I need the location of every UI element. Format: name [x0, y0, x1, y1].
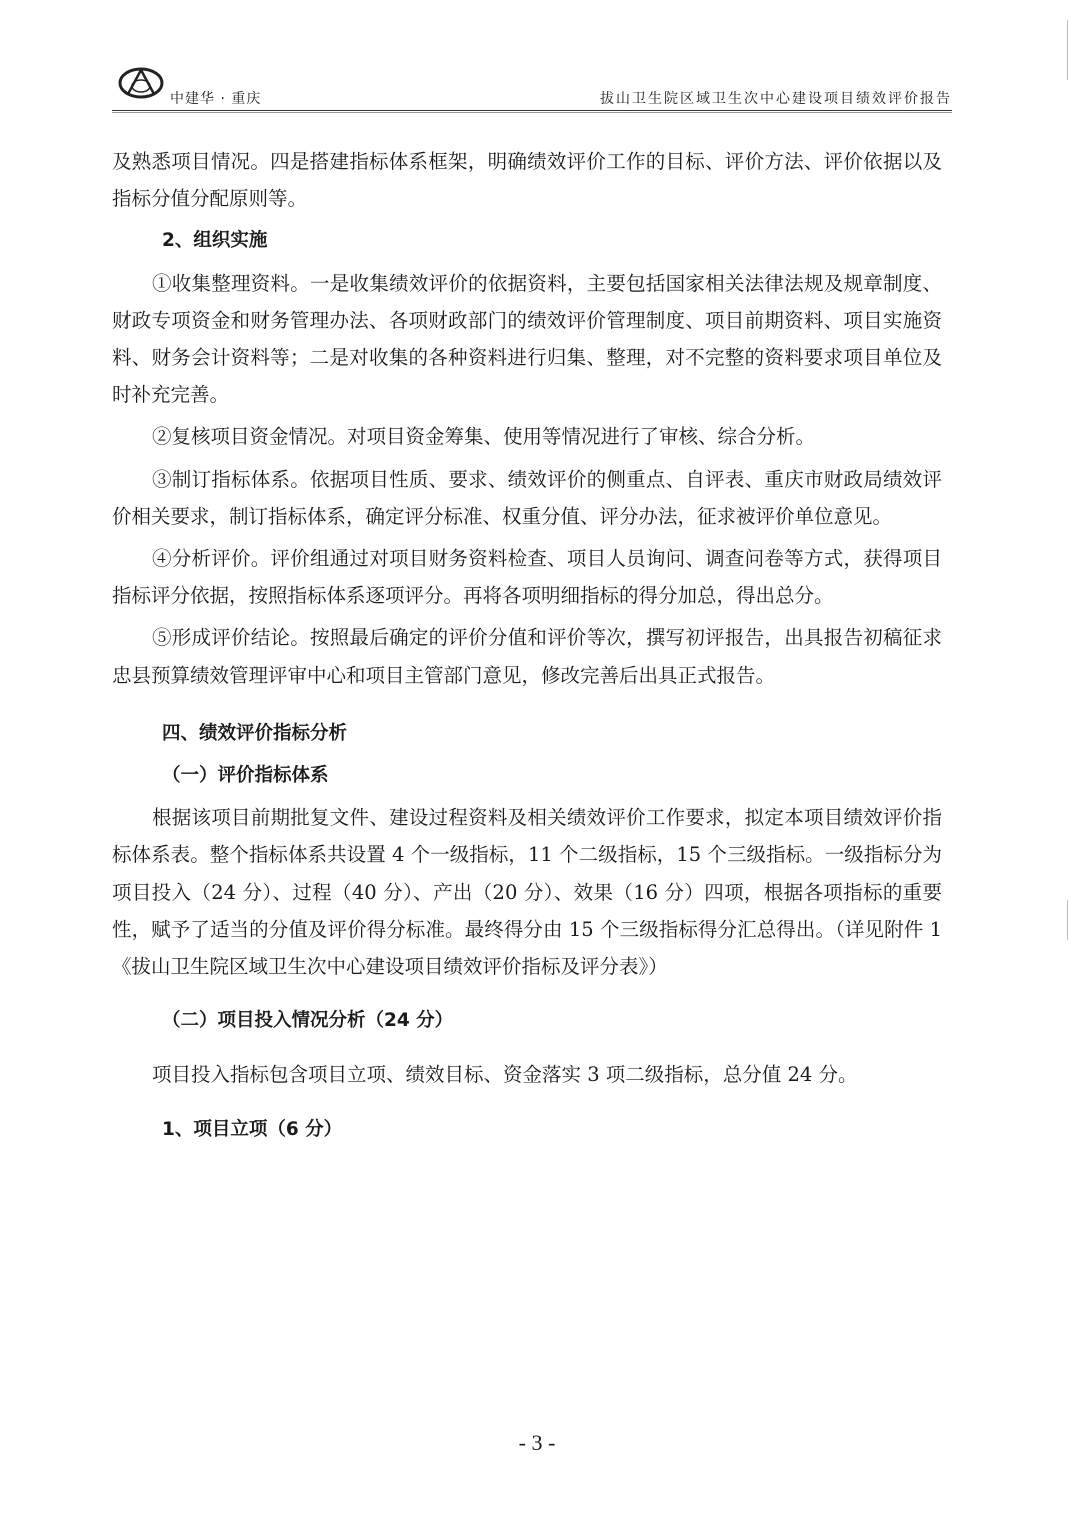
header-rule: [112, 110, 952, 111]
paragraph-step-4: ④分析评价。评价组通过对项目财务资料检查、项目人员询问、调查问卷等方式，获得项目…: [112, 540, 942, 614]
heading-organization: 2、组织实施: [112, 222, 942, 259]
heading-project-approval: 1、项目立项（6 分）: [112, 1111, 942, 1148]
heading-indicator-system: （一）评价指标体系: [112, 757, 942, 794]
paragraph-step-2: ②复核项目资金情况。对项目资金筹集、使用等情况进行了审核、综合分析。: [112, 418, 942, 455]
document-body: 及熟悉项目情况。四是搭建指标体系框架，明确绩效评价工作的目标、评价方法、评价依据…: [112, 143, 942, 1148]
paragraph-continued: 及熟悉项目情况。四是搭建指标体系框架，明确绩效评价工作的目标、评价方法、评价依据…: [112, 143, 942, 217]
page-number: - 3 -: [0, 1430, 1074, 1456]
brand-name: 中建华 · 重庆: [170, 88, 261, 108]
heading-section-4: 四、绩效评价指标分析: [112, 715, 942, 752]
scan-edge-mark: [1067, 20, 1068, 80]
paragraph-step-5: ⑤形成评价结论。按照最后确定的评价分值和评价等次，撰写初评报告，出具报告初稿征求…: [112, 619, 942, 693]
paragraph-step-1: ①收集整理资料。一是收集绩效评价的依据资料，主要包括国家相关法律法规及规章制度、…: [112, 265, 942, 414]
scan-edge-mark: [1067, 900, 1068, 940]
paragraph-step-3: ③制订指标体系。依据项目性质、要求、绩效评价的侧重点、自评表、重庆市财政局绩效评…: [112, 461, 942, 535]
page-header: 中建华 · 重庆 拔山卫生院区域卫生次中心建设项目绩效评价报告: [112, 60, 952, 112]
paragraph-input-analysis: 项目投入指标包含项目立项、绩效目标、资金落实 3 项二级指标，总分值 24 分。: [112, 1056, 942, 1093]
company-logo-icon: [118, 66, 164, 100]
report-title: 拔山卫生院区域卫生次中心建设项目绩效评价报告: [600, 88, 952, 108]
heading-input-analysis: （二）项目投入情况分析（24 分）: [112, 1002, 942, 1039]
header-rule-thin: [112, 112, 952, 113]
paragraph-indicator-system: 根据该项目前期批复文件、建设过程资料及相关绩效评价工作要求，拟定本项目绩效评价指…: [112, 799, 942, 985]
